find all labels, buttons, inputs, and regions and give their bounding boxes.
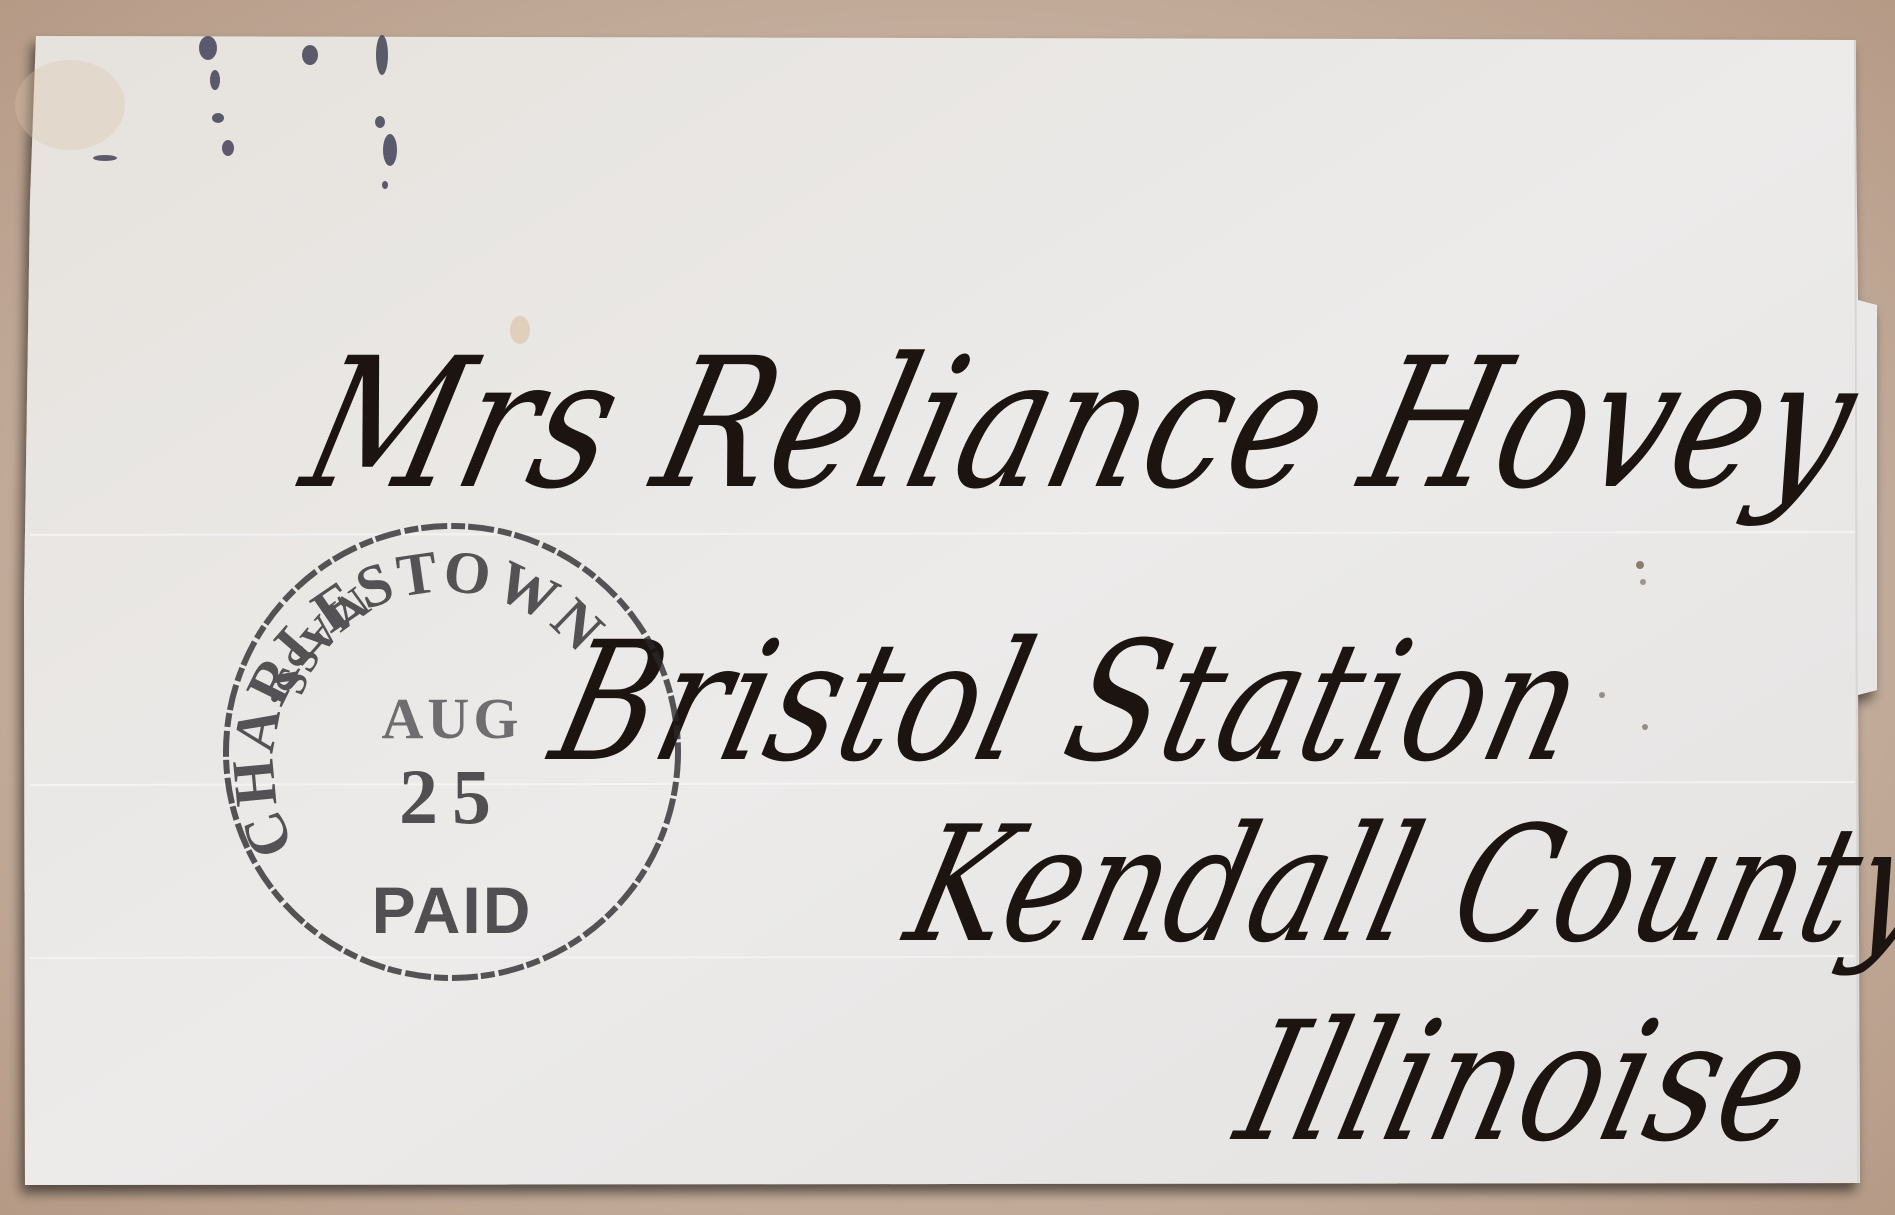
- address-town: Bristol Station: [540, 620, 1599, 785]
- postmark-paid: PAID: [217, 872, 687, 948]
- postmark-day: 25: [217, 752, 687, 842]
- address-state: Illinoise: [1225, 1000, 1826, 1165]
- letter-cover: Mrs Reliance Hovey Bristol Station Kenda…: [0, 0, 1895, 1215]
- postmark-stamp: CHARLESTOWN MASS. AUG 25 PAID: [217, 517, 687, 987]
- addressee-name: Mrs Reliance Hovey: [290, 335, 1873, 515]
- address-county: Kendall County: [895, 805, 1895, 965]
- postmark-month: AUG: [217, 685, 687, 752]
